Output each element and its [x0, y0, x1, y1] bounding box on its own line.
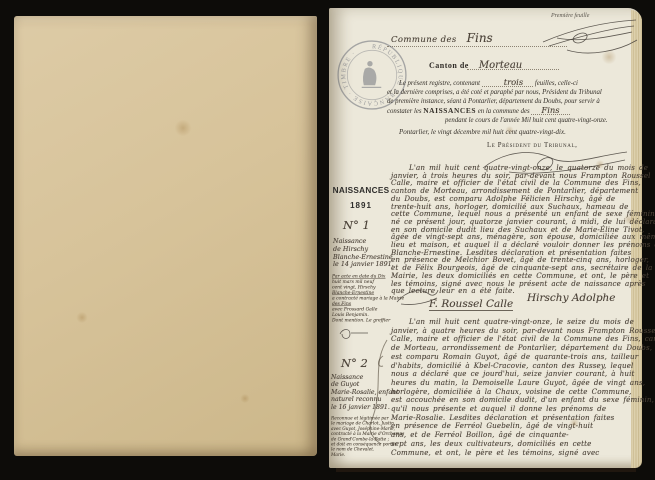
dotted-rule	[467, 68, 559, 70]
book-edge-shadow	[336, 468, 636, 472]
preamble-text: constater les	[387, 108, 422, 115]
margin-register-type: NAISSANCES	[331, 186, 391, 195]
preamble-line: de première instance, séant à Pontarlier…	[387, 97, 639, 106]
president-paraph-top	[541, 16, 639, 58]
marriage-mention-act-1: Par acte en date du Dixhuit mars mil neu…	[332, 274, 394, 324]
preamble-line: pendant le cours de l'année Mil huit cen…	[387, 116, 639, 125]
paper-stain	[174, 120, 192, 136]
margin-year: 1891	[331, 201, 391, 210]
birth-act-1-text: L'an mil huit cent quatre-vingt-onze, le…	[391, 164, 639, 295]
preamble-line: Le présent registre, contenant trois feu…	[387, 78, 639, 88]
preamble-line: constater les NAISSANCES en la commune d…	[387, 106, 639, 116]
paper-stain	[569, 418, 580, 428]
act-number-2: N° 2	[341, 356, 368, 370]
signatures-act-1: F. Roussel Calle Hirschy Adolphe	[395, 292, 635, 316]
left-blank-page	[14, 16, 317, 456]
dotted-rule	[387, 45, 567, 47]
paper-stain	[601, 50, 617, 64]
naissances-word: NAISSANCES	[423, 106, 476, 115]
commune-value: Fins	[467, 31, 493, 45]
paper-stain	[240, 394, 250, 403]
paper-stain	[623, 214, 635, 225]
stamp-figure-head	[367, 61, 372, 66]
birth-act-2-text: L'an mil huit cent quatre-vingt-onze, le…	[391, 318, 639, 457]
preamble-line: et la dernière comprises, a été coté et …	[387, 88, 639, 97]
preamble-text: en la commune des	[478, 108, 530, 115]
stamp-figure-body	[363, 68, 376, 86]
paper-stain	[505, 126, 514, 134]
paper-stain	[595, 160, 605, 169]
mayor-signature: F. Roussel Calle	[429, 298, 513, 311]
act-number-1: N° 1	[343, 218, 370, 232]
father-signature: Hirschy Adolphe	[527, 292, 616, 304]
dateline: Pontarlier, le vingt décembre mil huit c…	[399, 128, 566, 136]
preamble-text: Le présent registre, contenant	[399, 80, 480, 87]
margin-note-act-1: Naissancede HirschyBlanche-Ernestinele 1…	[333, 238, 394, 269]
paper-stain	[76, 312, 88, 323]
filled-blank: Fins	[531, 106, 569, 115]
canton-label: Canton de	[429, 61, 469, 70]
register-title-page: Première feuille Commune des Fins Canton…	[329, 8, 642, 468]
ink-stroke	[365, 336, 391, 448]
archival-scan: Première feuille Commune des Fins Canton…	[0, 0, 655, 480]
filled-blank: trois	[482, 78, 533, 87]
preamble: Le présent registre, contenant trois feu…	[387, 78, 639, 125]
preamble-text: feuilles, celle-ci	[535, 80, 578, 87]
canton-line: Canton de Morteau	[429, 55, 522, 73]
